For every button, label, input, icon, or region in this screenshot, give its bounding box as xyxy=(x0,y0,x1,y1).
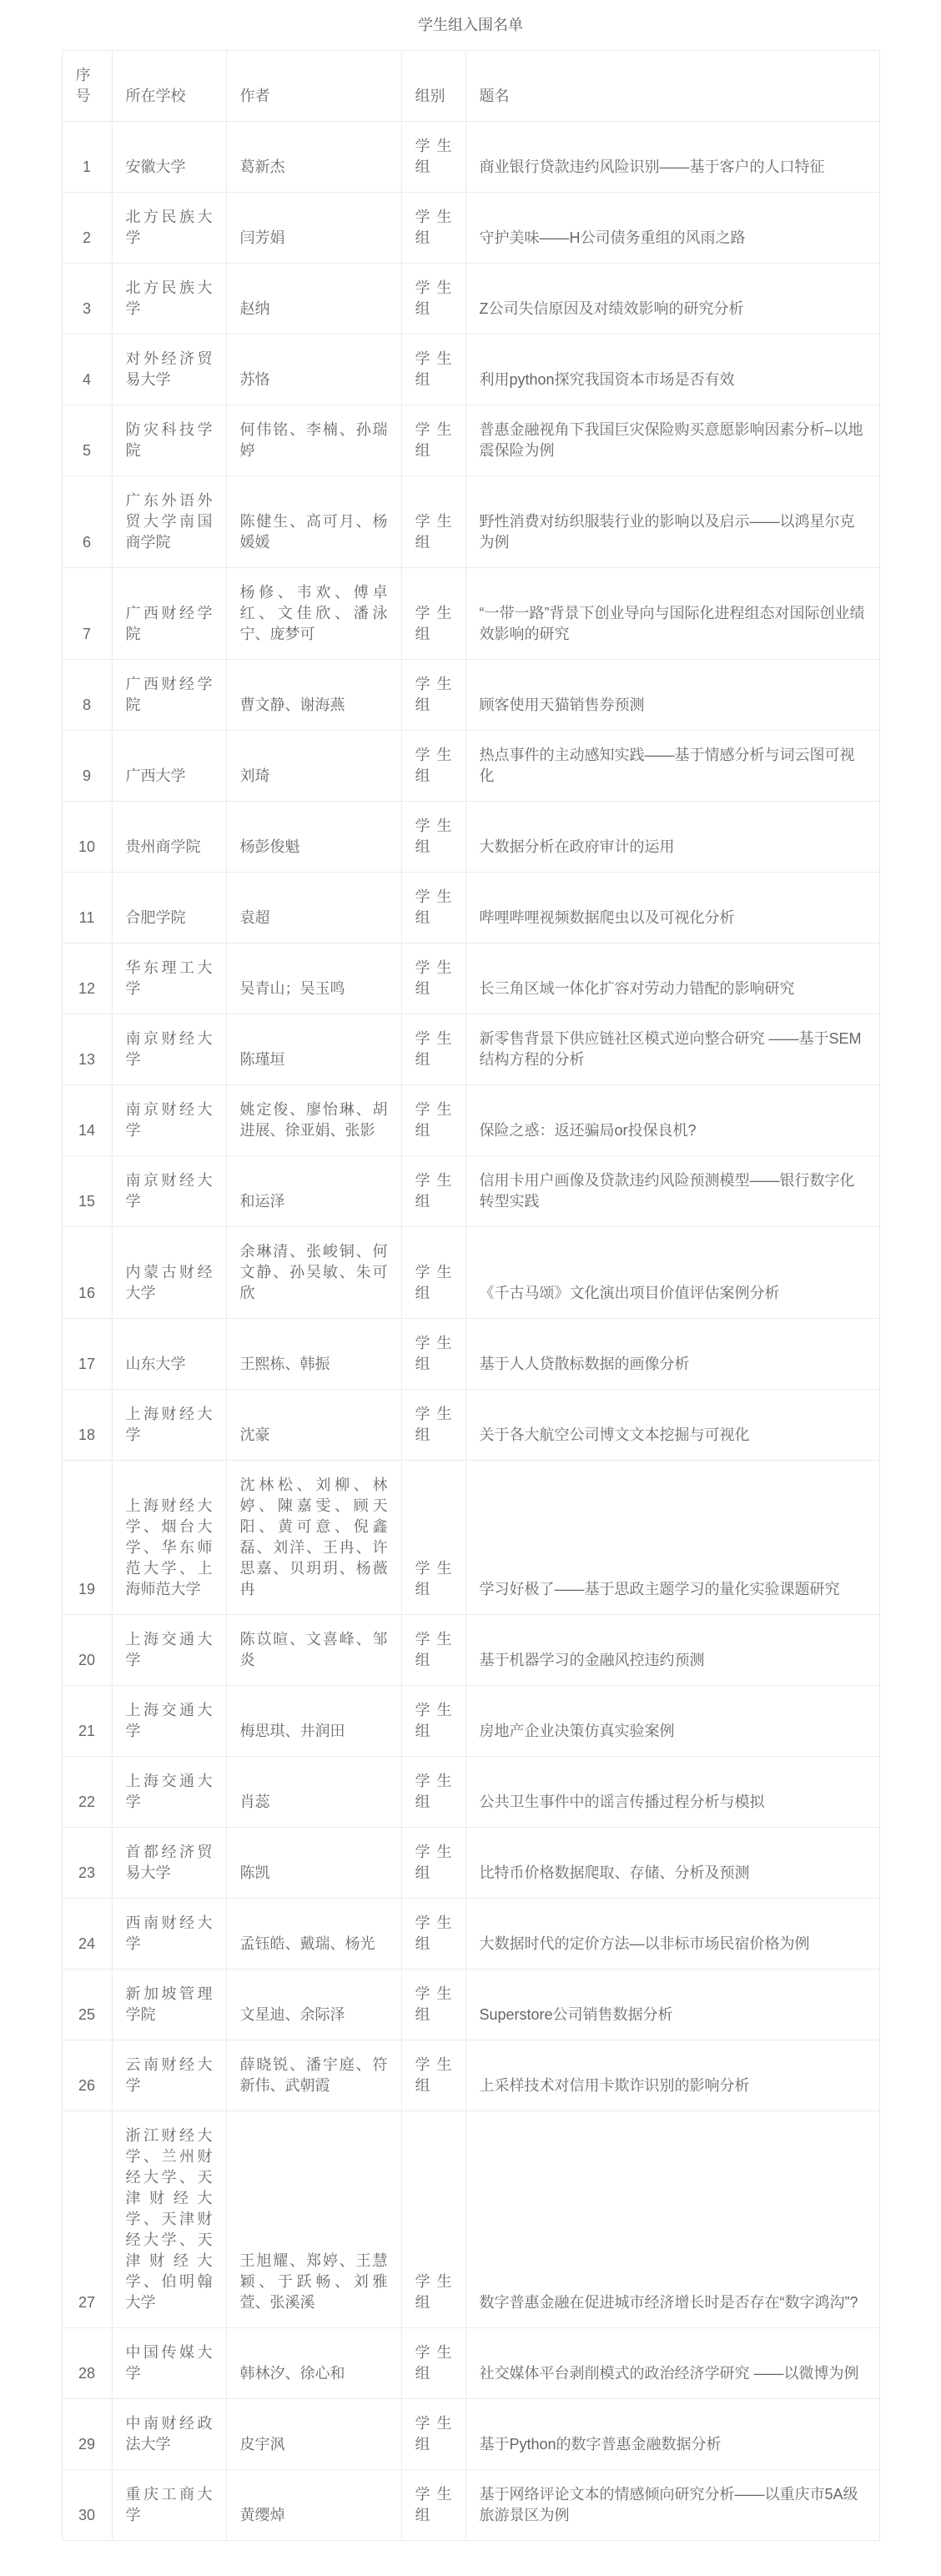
group-cell: 学生组 xyxy=(401,873,465,943)
school-cell: 安徽大学 xyxy=(112,122,226,193)
paper-title-cell: “一带一路”背景下创业导向与国际化进程组态对国际创业绩效影响的研究 xyxy=(465,568,879,660)
paper-title-cell: 热点事件的主动感知实践——基于情感分析与词云图可视化 xyxy=(465,731,879,802)
group-cell: 学生组 xyxy=(401,264,465,335)
school-cell: 上海财经大学 xyxy=(112,1390,226,1461)
header-no: 序号 xyxy=(62,51,112,122)
row-number-cell: 18 xyxy=(62,1390,112,1461)
paper-title-cell: 顾客使用天猫销售券预测 xyxy=(465,660,879,731)
authors-cell: 闫芳娟 xyxy=(226,193,401,264)
row-number-cell: 4 xyxy=(62,335,112,405)
row-number-cell: 29 xyxy=(62,2399,112,2470)
table-row: 5防灾科技学院何伟铭、李楠、孙瑞婷学生组普惠金融视角下我国巨灾保险购买意愿影响因… xyxy=(62,405,879,476)
authors-cell: 和运泽 xyxy=(226,1156,401,1227)
authors-cell: 韩林汐、徐心和 xyxy=(226,2328,401,2399)
group-cell: 学生组 xyxy=(401,1014,465,1085)
school-cell: 广东外语外贸大学南国商学院 xyxy=(112,476,226,568)
authors-cell: 王旭耀、郑婷、王慧颖、于跃畅、刘雅萱、张溪溪 xyxy=(226,2111,401,2328)
authors-cell: 孟钰皓、戴瑞、杨光 xyxy=(226,1899,401,1970)
table-row: 3北方民族大学赵纳学生组Z公司失信原因及对绩效影响的研究分析 xyxy=(62,264,879,335)
table-body: 1安徽大学葛新杰学生组商业银行贷款违约风险识别——基于客户的人口特征2北方民族大… xyxy=(62,122,879,2541)
group-cell: 学生组 xyxy=(401,1319,465,1390)
group-cell: 学生组 xyxy=(401,2328,465,2399)
paper-title-cell: 守护美味——H公司债务重组的风雨之路 xyxy=(465,193,879,264)
authors-cell: 姚定俊、廖怡琳、胡进展、徐亚娟、张影 xyxy=(226,1085,401,1156)
header-row: 序号 所在学校 作者 组别 题名 xyxy=(62,51,879,122)
authors-cell: 陈瑾垣 xyxy=(226,1014,401,1085)
table-row: 12华东理工大学吴青山；吴玉鸣学生组长三角区域一体化扩容对劳动力错配的影响研究 xyxy=(62,943,879,1014)
authors-cell: 皮宇沨 xyxy=(226,2399,401,2470)
row-number-cell: 19 xyxy=(62,1461,112,1615)
school-cell: 上海交通大学 xyxy=(112,1757,226,1828)
header-school: 所在学校 xyxy=(112,51,226,122)
row-number-cell: 11 xyxy=(62,873,112,943)
paper-title-cell: 保险之惑：返还骗局or投保良机? xyxy=(465,1085,879,1156)
school-cell: 山东大学 xyxy=(112,1319,226,1390)
table-row: 29中南财经政法大学皮宇沨学生组基于Python的数字普惠金融数据分析 xyxy=(62,2399,879,2470)
table-row: 6广东外语外贸大学南国商学院陈健生、高可月、杨媛媛学生组野性消费对纺织服装行业的… xyxy=(62,476,879,568)
table-row: 9广西大学刘琦学生组热点事件的主动感知实践——基于情感分析与词云图可视化 xyxy=(62,731,879,802)
row-number-cell: 20 xyxy=(62,1615,112,1686)
authors-cell: 葛新杰 xyxy=(226,122,401,193)
authors-cell: 薛晓锐、潘宇庭、符新伟、武朝霞 xyxy=(226,2040,401,2111)
paper-title-cell: 比特币价格数据爬取、存储、分析及预测 xyxy=(465,1828,879,1899)
table-row: 14南京财经大学姚定俊、廖怡琳、胡进展、徐亚娟、张影学生组保险之惑：返还骗局or… xyxy=(62,1085,879,1156)
paper-title-cell: 房地产企业决策仿真实验案例 xyxy=(465,1686,879,1757)
authors-cell: 赵纳 xyxy=(226,264,401,335)
table-row: 30重庆工商大学黄缨焯学生组基于网络评论文本的情感倾向研究分析——以重庆市5A级… xyxy=(62,2470,879,2541)
authors-cell: 袁超 xyxy=(226,873,401,943)
row-number-cell: 28 xyxy=(62,2328,112,2399)
table-row: 23首都经济贸易大学陈凯学生组比特币价格数据爬取、存储、分析及预测 xyxy=(62,1828,879,1899)
table-row: 21上海交通大学梅思琪、井润田学生组房地产企业决策仿真实验案例 xyxy=(62,1686,879,1757)
group-cell: 学生组 xyxy=(401,1227,465,1319)
group-cell: 学生组 xyxy=(401,568,465,660)
authors-cell: 梅思琪、井润田 xyxy=(226,1686,401,1757)
group-cell: 学生组 xyxy=(401,1757,465,1828)
row-number-cell: 30 xyxy=(62,2470,112,2541)
row-number-cell: 26 xyxy=(62,2040,112,2111)
group-cell: 学生组 xyxy=(401,2470,465,2541)
table-row: 22上海交通大学肖蕊学生组公共卫生事件中的谣言传播过程分析与模拟 xyxy=(62,1757,879,1828)
school-cell: 广西大学 xyxy=(112,731,226,802)
row-number-cell: 5 xyxy=(62,405,112,476)
page-title: 学生组入围名单 xyxy=(0,0,941,50)
school-cell: 上海交通大学 xyxy=(112,1615,226,1686)
school-cell: 云南财经大学 xyxy=(112,2040,226,2111)
paper-title-cell: 哔哩哔哩视频数据爬虫以及可视化分析 xyxy=(465,873,879,943)
group-cell: 学生组 xyxy=(401,122,465,193)
row-number-cell: 3 xyxy=(62,264,112,335)
row-number-cell: 10 xyxy=(62,802,112,873)
paper-title-cell: 社交媒体平台剥削模式的政治经济学研究 ——以微博为例 xyxy=(465,2328,879,2399)
school-cell: 广西财经学院 xyxy=(112,568,226,660)
row-number-cell: 12 xyxy=(62,943,112,1014)
table-header: 序号 所在学校 作者 组别 题名 xyxy=(62,51,879,122)
table-row: 2北方民族大学闫芳娟学生组守护美味——H公司债务重组的风雨之路 xyxy=(62,193,879,264)
group-cell: 学生组 xyxy=(401,802,465,873)
school-cell: 中国传媒大学 xyxy=(112,2328,226,2399)
paper-title-cell: 基于Python的数字普惠金融数据分析 xyxy=(465,2399,879,2470)
group-cell: 学生组 xyxy=(401,1156,465,1227)
paper-title-cell: 商业银行贷款违约风险识别——基于客户的人口特征 xyxy=(465,122,879,193)
group-cell: 学生组 xyxy=(401,731,465,802)
school-cell: 北方民族大学 xyxy=(112,264,226,335)
authors-cell: 黄缨焯 xyxy=(226,2470,401,2541)
group-cell: 学生组 xyxy=(401,1899,465,1970)
authors-cell: 曹文静、谢海燕 xyxy=(226,660,401,731)
school-cell: 北方民族大学 xyxy=(112,193,226,264)
school-cell: 上海交通大学 xyxy=(112,1686,226,1757)
group-cell: 学生组 xyxy=(401,1085,465,1156)
row-number-cell: 25 xyxy=(62,1970,112,2040)
table-row: 27浙江财经大学、兰州财经大学、天津财经大学、天津财经大学、天津财经大学、伯明翰… xyxy=(62,2111,879,2328)
school-cell: 西南财经大学 xyxy=(112,1899,226,1970)
paper-title-cell: 利用python探究我国资本市场是否有效 xyxy=(465,335,879,405)
group-cell: 学生组 xyxy=(401,2399,465,2470)
paper-title-cell: 学习好极了——基于思政主题学习的量化实验课题研究 xyxy=(465,1461,879,1615)
row-number-cell: 13 xyxy=(62,1014,112,1085)
paper-title-cell: 《千古马颂》文化演出项目价值评估案例分析 xyxy=(465,1227,879,1319)
table-row: 10贵州商学院杨彭俊魁学生组大数据分析在政府审计的运用 xyxy=(62,802,879,873)
group-cell: 学生组 xyxy=(401,405,465,476)
group-cell: 学生组 xyxy=(401,1615,465,1686)
table-row: 20上海交通大学陈苡暄、文喜峰、邹炎学生组基于机器学习的金融风控违约预测 xyxy=(62,1615,879,1686)
group-cell: 学生组 xyxy=(401,2040,465,2111)
group-cell: 学生组 xyxy=(401,1970,465,2040)
group-cell: 学生组 xyxy=(401,193,465,264)
row-number-cell: 15 xyxy=(62,1156,112,1227)
paper-title-cell: 数字普惠金融在促进城市经济增长时是否存在“数字鸿沟”? xyxy=(465,2111,879,2328)
paper-title-cell: 信用卡用户画像及贷款违约风险预测模型——银行数字化转型实践 xyxy=(465,1156,879,1227)
authors-cell: 肖蕊 xyxy=(226,1757,401,1828)
table-row: 11合肥学院袁超学生组哔哩哔哩视频数据爬虫以及可视化分析 xyxy=(62,873,879,943)
table-row: 18上海财经大学沈豪学生组关于各大航空公司博文文本挖掘与可视化 xyxy=(62,1390,879,1461)
table-row: 28中国传媒大学韩林汐、徐心和学生组社交媒体平台剥削模式的政治经济学研究 ——以… xyxy=(62,2328,879,2399)
authors-cell: 刘琦 xyxy=(226,731,401,802)
authors-cell: 杨彭俊魁 xyxy=(226,802,401,873)
table-row: 7广西财经学院杨修、韦欢、傅卓红、文佳欣、潘泳宁、庞梦可学生组“一带一路”背景下… xyxy=(62,568,879,660)
group-cell: 学生组 xyxy=(401,476,465,568)
paper-title-cell: Superstore公司销售数据分析 xyxy=(465,1970,879,2040)
paper-title-cell: 大数据时代的定价方法—以非标市场民宿价格为例 xyxy=(465,1899,879,1970)
paper-title-cell: 上采样技术对信用卡欺诈识别的影响分析 xyxy=(465,2040,879,2111)
table-row: 13南京财经大学陈瑾垣学生组新零售背景下供应链社区模式逆向整合研究 ——基于SE… xyxy=(62,1014,879,1085)
school-cell: 浙江财经大学、兰州财经大学、天津财经大学、天津财经大学、天津财经大学、伯明翰大学 xyxy=(112,2111,226,2328)
authors-cell: 王熙栋、韩振 xyxy=(226,1319,401,1390)
table-row: 15南京财经大学和运泽学生组信用卡用户画像及贷款违约风险预测模型——银行数字化转… xyxy=(62,1156,879,1227)
paper-title-cell: 普惠金融视角下我国巨灾保险购买意愿影响因素分析–以地震保险为例 xyxy=(465,405,879,476)
header-authors: 作者 xyxy=(226,51,401,122)
school-cell: 上海财经大学、烟台大学、华东师范大学、上海师范大学 xyxy=(112,1461,226,1615)
row-number-cell: 24 xyxy=(62,1899,112,1970)
paper-title-cell: 基于人人贷散标数据的画像分析 xyxy=(465,1319,879,1390)
authors-cell: 陈健生、高可月、杨媛媛 xyxy=(226,476,401,568)
school-cell: 重庆工商大学 xyxy=(112,2470,226,2541)
authors-cell: 沈豪 xyxy=(226,1390,401,1461)
authors-cell: 文星迪、余际泽 xyxy=(226,1970,401,2040)
table-row: 1安徽大学葛新杰学生组商业银行贷款违约风险识别——基于客户的人口特征 xyxy=(62,122,879,193)
paper-title-cell: 基于机器学习的金融风控违约预测 xyxy=(465,1615,879,1686)
group-cell: 学生组 xyxy=(401,660,465,731)
school-cell: 南京财经大学 xyxy=(112,1085,226,1156)
table-row: 8广西财经学院曹文静、谢海燕学生组顾客使用天猫销售券预测 xyxy=(62,660,879,731)
school-cell: 内蒙古财经大学 xyxy=(112,1227,226,1319)
table-row: 26云南财经大学薛晓锐、潘宇庭、符新伟、武朝霞学生组上采样技术对信用卡欺诈识别的… xyxy=(62,2040,879,2111)
row-number-cell: 8 xyxy=(62,660,112,731)
table-row: 4对外经济贸易大学苏恪学生组利用python探究我国资本市场是否有效 xyxy=(62,335,879,405)
group-cell: 学生组 xyxy=(401,1686,465,1757)
row-number-cell: 27 xyxy=(62,2111,112,2328)
paper-title-cell: 公共卫生事件中的谣言传播过程分析与模拟 xyxy=(465,1757,879,1828)
group-cell: 学生组 xyxy=(401,1390,465,1461)
row-number-cell: 2 xyxy=(62,193,112,264)
table-row: 16内蒙古财经大学余琳清、张峻铜、何文静、孙吴敏、朱可欣学生组《千古马颂》文化演… xyxy=(62,1227,879,1319)
school-cell: 华东理工大学 xyxy=(112,943,226,1014)
group-cell: 学生组 xyxy=(401,943,465,1014)
group-cell: 学生组 xyxy=(401,2111,465,2328)
paper-title-cell: 基于网络评论文本的情感倾向研究分析——以重庆市5A级旅游景区为例 xyxy=(465,2470,879,2541)
school-cell: 对外经济贸易大学 xyxy=(112,335,226,405)
school-cell: 防灾科技学院 xyxy=(112,405,226,476)
row-number-cell: 1 xyxy=(62,122,112,193)
row-number-cell: 21 xyxy=(62,1686,112,1757)
table-row: 24西南财经大学孟钰皓、戴瑞、杨光学生组大数据时代的定价方法—以非标市场民宿价格… xyxy=(62,1899,879,1970)
paper-title-cell: 大数据分析在政府审计的运用 xyxy=(465,802,879,873)
paper-title-cell: 长三角区域一体化扩容对劳动力错配的影响研究 xyxy=(465,943,879,1014)
school-cell: 南京财经大学 xyxy=(112,1156,226,1227)
school-cell: 南京财经大学 xyxy=(112,1014,226,1085)
row-number-cell: 23 xyxy=(62,1828,112,1899)
table-row: 17山东大学王熙栋、韩振学生组基于人人贷散标数据的画像分析 xyxy=(62,1319,879,1390)
group-cell: 学生组 xyxy=(401,1461,465,1615)
authors-cell: 何伟铭、李楠、孙瑞婷 xyxy=(226,405,401,476)
authors-cell: 余琳清、张峻铜、何文静、孙吴敏、朱可欣 xyxy=(226,1227,401,1319)
paper-title-cell: Z公司失信原因及对绩效影响的研究分析 xyxy=(465,264,879,335)
header-title: 题名 xyxy=(465,51,879,122)
authors-cell: 陈凯 xyxy=(226,1828,401,1899)
authors-cell: 沈林松、刘柳、林婷、陳嘉雯、顾天阳、黄可意、倪鑫磊、刘洋、王冉、许思嘉、贝玥玥、… xyxy=(226,1461,401,1615)
authors-cell: 杨修、韦欢、傅卓红、文佳欣、潘泳宁、庞梦可 xyxy=(226,568,401,660)
paper-title-cell: 野性消费对纺织服装行业的影响以及启示——以鸿星尔克为例 xyxy=(465,476,879,568)
school-cell: 广西财经学院 xyxy=(112,660,226,731)
header-group: 组别 xyxy=(401,51,465,122)
school-cell: 新加坡管理学院 xyxy=(112,1970,226,2040)
authors-cell: 陈苡暄、文喜峰、邹炎 xyxy=(226,1615,401,1686)
table-row: 19上海财经大学、烟台大学、华东师范大学、上海师范大学沈林松、刘柳、林婷、陳嘉雯… xyxy=(62,1461,879,1615)
table-row: 25新加坡管理学院文星迪、余际泽学生组Superstore公司销售数据分析 xyxy=(62,1970,879,2040)
finalist-table: 序号 所在学校 作者 组别 题名 1安徽大学葛新杰学生组商业银行贷款违约风险识别… xyxy=(62,50,880,2541)
school-cell: 合肥学院 xyxy=(112,873,226,943)
authors-cell: 吴青山；吴玉鸣 xyxy=(226,943,401,1014)
row-number-cell: 14 xyxy=(62,1085,112,1156)
row-number-cell: 6 xyxy=(62,476,112,568)
group-cell: 学生组 xyxy=(401,335,465,405)
row-number-cell: 17 xyxy=(62,1319,112,1390)
page: 学生组入围名单 序号 所在学校 作者 组别 题名 1安徽大学葛新杰学生组商业银行… xyxy=(0,0,941,2576)
authors-cell: 苏恪 xyxy=(226,335,401,405)
school-cell: 中南财经政法大学 xyxy=(112,2399,226,2470)
school-cell: 首都经济贸易大学 xyxy=(112,1828,226,1899)
row-number-cell: 22 xyxy=(62,1757,112,1828)
row-number-cell: 9 xyxy=(62,731,112,802)
school-cell: 贵州商学院 xyxy=(112,802,226,873)
row-number-cell: 16 xyxy=(62,1227,112,1319)
paper-title-cell: 关于各大航空公司博文文本挖掘与可视化 xyxy=(465,1390,879,1461)
paper-title-cell: 新零售背景下供应链社区模式逆向整合研究 ——基于SEM结构方程的分析 xyxy=(465,1014,879,1085)
group-cell: 学生组 xyxy=(401,1828,465,1899)
row-number-cell: 7 xyxy=(62,568,112,660)
